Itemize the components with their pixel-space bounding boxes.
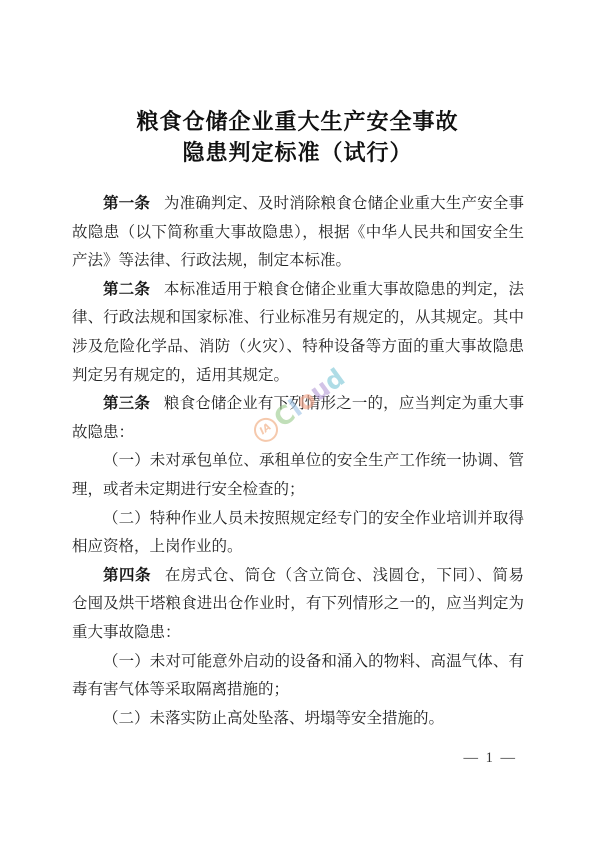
paragraph-text: （二）特种作业人员未按照规定经专门的安全作业培训并取得相应资格，上岗作业的。 <box>72 510 524 556</box>
paragraph-text: （一）未对承包单位、承租单位的安全生产工作统一协调、管理，或者未定期进行安全检查… <box>72 452 524 498</box>
paragraph: 第四条在房式仓、筒仓（含立筒仓、浅圆仓，下同）、简易仓囤及烘干塔粮食进出仓作业时… <box>72 562 524 648</box>
article-label: 第四条 <box>103 567 151 584</box>
document-body: 第一条为准确判定、及时消除粮食仓储企业重大生产安全事故隐患（以下简称重大事故隐患… <box>72 190 524 733</box>
paragraph: 第三条粮食仓储企业有下列情形之一的，应当判定为重大事故隐患： <box>72 390 524 447</box>
title-line-2: 隐患判定标准（试行） <box>0 137 595 168</box>
document-title: 粮食仓储企业重大生产安全事故 隐患判定标准（试行） <box>0 106 595 168</box>
title-line-1: 粮食仓储企业重大生产安全事故 <box>0 106 595 137</box>
paragraph: 第一条为准确判定、及时消除粮食仓储企业重大生产安全事故隐患（以下简称重大事故隐患… <box>72 190 524 276</box>
paragraph-text: （二）未落实防止高处坠落、坍塌等安全措施的。 <box>103 710 444 727</box>
paragraph: （二）特种作业人员未按照规定经专门的安全作业培训并取得相应资格，上岗作业的。 <box>72 505 524 562</box>
paragraph: 第二条本标准适用于粮食仓储企业重大事故隐患的判定，法律、行政法规和国家标准、行业… <box>72 276 524 390</box>
paragraph: （一）未对可能意外启动的设备和涌入的物料、高温气体、有毒有害气体等采取隔离措施的… <box>72 648 524 705</box>
article-label: 第三条 <box>103 395 150 412</box>
paragraph-text: （一）未对可能意外启动的设备和涌入的物料、高温气体、有毒有害气体等采取隔离措施的… <box>72 653 524 699</box>
article-label: 第二条 <box>103 281 150 298</box>
article-label: 第一条 <box>103 195 150 212</box>
page-number: — 1 — <box>464 750 518 767</box>
paragraph: （二）未落实防止高处坠落、坍塌等安全措施的。 <box>72 705 524 734</box>
document-page: 粮食仓储企业重大生产安全事故 隐患判定标准（试行） 第一条为准确判定、及时消除粮… <box>0 0 595 842</box>
paragraph: （一）未对承包单位、承租单位的安全生产工作统一协调、管理，或者未定期进行安全检查… <box>72 447 524 504</box>
